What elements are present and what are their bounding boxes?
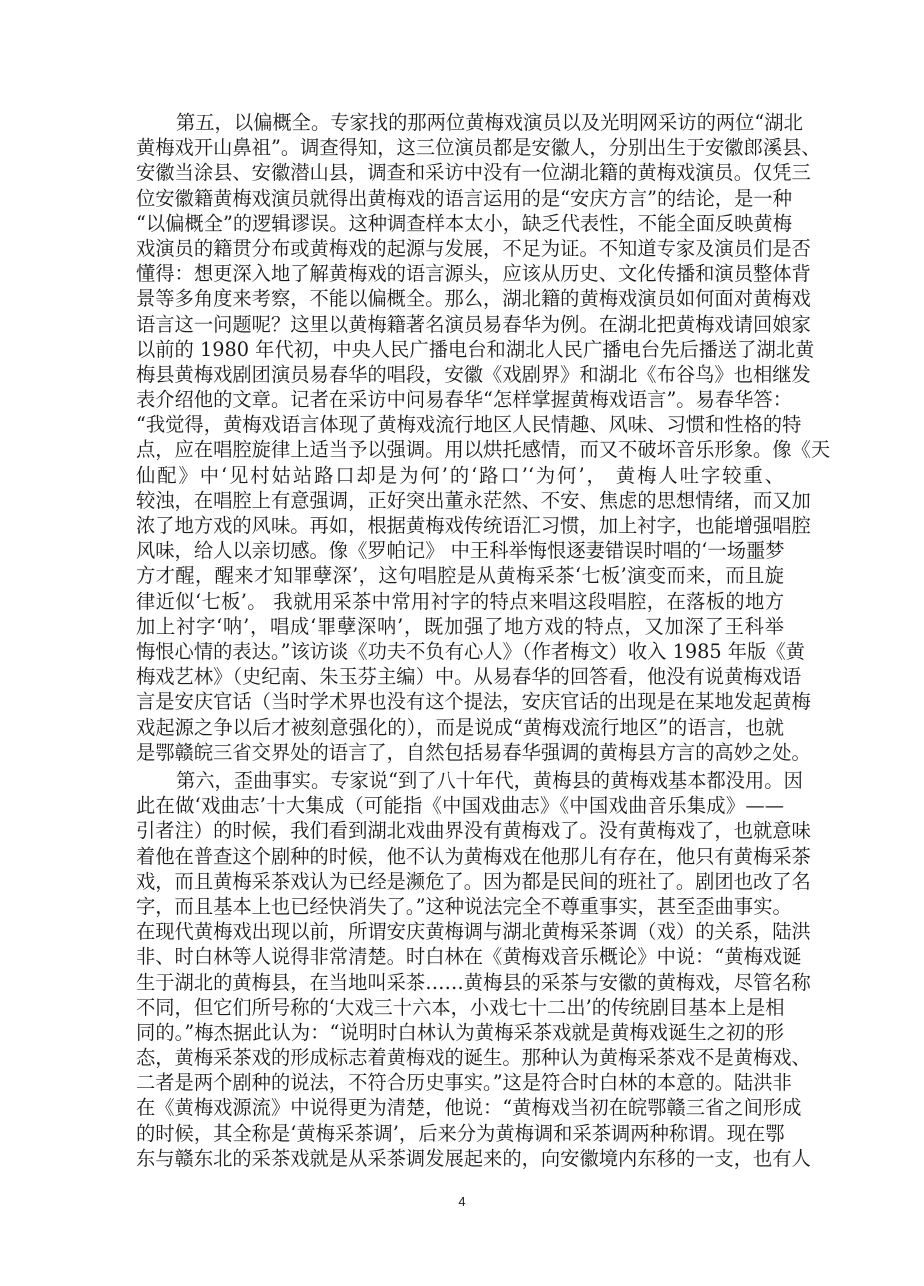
- text-line: 方才醒，醒来才知罪孽深’，这句唱腔是从黄梅采茶‘七板’演变而来，而且旋: [136, 563, 784, 588]
- text-line: 浓了地方戏的风味。再如，根据黄梅戏传统语汇习惯，加上衬字，也能增强唱腔: [136, 513, 784, 538]
- text-line: 景等多角度来考察，不能以偏概全。那么，湖北籍的黄梅戏演员如何面对黄梅戏: [136, 286, 784, 311]
- text-line: 着他在普查这个剧种的时候，他不认为黄梅戏在他那儿有存在，他只有黄梅采茶: [136, 844, 784, 869]
- text-line: 在《黄梅戏源流》中说得更为清楚，他说：“黄梅戏当初在皖鄂赣三省之间形成: [136, 1095, 784, 1120]
- text-line: 加上衬字‘呐’，唱成‘罪孽深呐’，既加强了地方戏的特点，又加深了王科举: [136, 614, 784, 639]
- text-line: 较浊，在唱腔上有意强调，正好突出董永茫然、不安、焦虑的思想情绪，而又加: [136, 488, 784, 513]
- document-page: 第五，以偏概全。专家找的那两位黄梅戏演员以及光明网采访的两位“湖北黄梅戏开山鼻祖…: [0, 0, 924, 1286]
- text-line: 东与赣东北的采茶戏就是从采茶调发展起来的，向安徽境内东移的一支，也有人: [136, 1146, 784, 1171]
- text-line: 安徽当涂县、安徽潜山县，调查和采访中没有一位湖北籍的黄梅戏演员。仅凭三: [136, 160, 784, 185]
- text-line: 引者注）的时候，我们看到湖北戏曲界没有黄梅戏了。没有黄梅戏了，也就意味: [136, 818, 784, 843]
- text-line: 字，而且基本上也已经快消失了。”这种说法完全不尊重事实，甚至歪曲事实。: [136, 894, 784, 919]
- page-number: 4: [0, 1194, 924, 1209]
- text-line: 律近似‘七板’。 我就用采茶中常用衬字的特点来唱这段唱腔，在落板的地方: [136, 589, 784, 614]
- text-line: 戏，而且黄梅采茶戏认为已经是濒危了。因为都是民间的班社了。剧团也改了名: [136, 869, 784, 894]
- text-line: 不同，但它们所号称的‘大戏三十六本，小戏七十二出’的传统剧目基本上是相: [136, 995, 784, 1020]
- text-line: 懂得：想更深入地了解黄梅戏的语言源头，应该从历史、文化传播和演员整体背: [136, 261, 784, 286]
- text-line: 是鄂赣皖三省交界处的语言了，自然包括易春华强调的黄梅县方言的高妙之处。: [136, 740, 784, 765]
- text-line: 非、时白林等人说得非常清楚。时白林在《黄梅戏音乐概论》中说：“黄梅戏诞: [136, 944, 784, 969]
- text-line: 第六，歪曲事实。专家说“到了八十年代，黄梅县的黄梅戏基本都没用。因: [136, 768, 784, 793]
- text-line: “我觉得，黄梅戏语言体现了黄梅戏流行地区人民情趣、风味、习惯和性格的特: [136, 412, 784, 437]
- text-line: 点，应在唱腔旋律上适当予以强调。用以烘托感情，而又不破坏音乐形象。像《天: [136, 437, 784, 462]
- text-line: 态，黄梅采茶戏的形成标志着黄梅戏的诞生。那种认为黄梅采茶戏不是黄梅戏、: [136, 1045, 784, 1070]
- text-line: 表介绍他的文章。记者在采访中问易春华“怎样掌握黄梅戏语言”。易春华答：: [136, 387, 784, 412]
- text-line: 黄梅戏开山鼻祖”。调查得知，这三位演员都是安徽人，分别出生于安徽郎溪县、: [136, 135, 784, 160]
- text-line: 在现代黄梅戏出现以前，所谓安庆黄梅调与湖北黄梅采茶调（戏）的关系，陆洪: [136, 919, 784, 944]
- paragraph-6-distorting-facts: 第六，歪曲事实。专家说“到了八十年代，黄梅县的黄梅戏基本都没用。因此在做‘戏曲志…: [136, 768, 784, 1171]
- text-line: 戏演员的籍贯分布或黄梅戏的起源与发展，不足为证。不知道专家及演员们是否: [136, 236, 784, 261]
- text-line: 以前的 1980 年代初，中央人民广播电台和湖北人民广播电台先后播送了湖北黄: [136, 337, 784, 362]
- text-line: 风味，给人以亲切感。像《罗帕记》 中王科举悔恨逐妻错误时唱的‘一场噩梦: [136, 538, 784, 563]
- text-line: 的时候，其全称是‘黄梅采茶调’，后来分为黄梅调和采茶调两种称谓。现在鄂: [136, 1121, 784, 1146]
- text-line: 仙配》中‘见村姑站路口却是为何’的‘路口’‘为何’， 黄梅人吐字较重、: [136, 463, 784, 488]
- text-line: 二者是两个剧种的说法，不符合历史事实。”这是符合时白林的本意的。陆洪非: [136, 1070, 784, 1095]
- text-line: 同的。”梅杰据此认为：“说明时白林认为黄梅采茶戏就是黄梅戏诞生之初的形: [136, 1020, 784, 1045]
- text-line: 生于湖北的黄梅县，在当地叫采茶……黄梅县的采茶与安徽的黄梅戏，尽管名称: [136, 970, 784, 995]
- text-line: 梅县黄梅戏剧团演员易春华的唱段，安徽《戏剧界》和湖北《布谷鸟》也相继发: [136, 362, 784, 387]
- text-line: “以偏概全”的逻辑谬误。这种调查样本太小，缺乏代表性，不能全面反映黄梅: [136, 211, 784, 236]
- text-line: 语言这一问题呢？这里以黄梅籍著名演员易春华为例。在湖北把黄梅戏请回娘家: [136, 312, 784, 337]
- text-line: 梅戏艺林》（史纪南、朱玉芬主编）中。从易春华的回答看，他没有说黄梅戏语: [136, 664, 784, 689]
- paragraph-5-partial-generalization: 第五，以偏概全。专家找的那两位黄梅戏演员以及光明网采访的两位“湖北黄梅戏开山鼻祖…: [136, 110, 784, 765]
- text-line: 悔恨心情的表达。”该访谈《功夫不负有心人》（作者梅文）收入 1985 年版《黄: [136, 639, 784, 664]
- text-line: 戏起源之争以后才被刻意强化的），而是说成“黄梅戏流行地区”的语言，也就: [136, 715, 784, 740]
- text-line: 第五，以偏概全。专家找的那两位黄梅戏演员以及光明网采访的两位“湖北: [136, 110, 784, 135]
- text-line: 位安徽籍黄梅戏演员就得出黄梅戏的语言运用的是“安庆方言”的结论，是一种: [136, 186, 784, 211]
- text-line: 此在做‘戏曲志’十大集成（可能指《中国戏曲志》《中国戏曲音乐集成》——: [136, 793, 784, 818]
- text-line: 言是安庆官话（当时学术界也没有这个提法，安庆官话的出现是在某地发起黄梅: [136, 689, 784, 714]
